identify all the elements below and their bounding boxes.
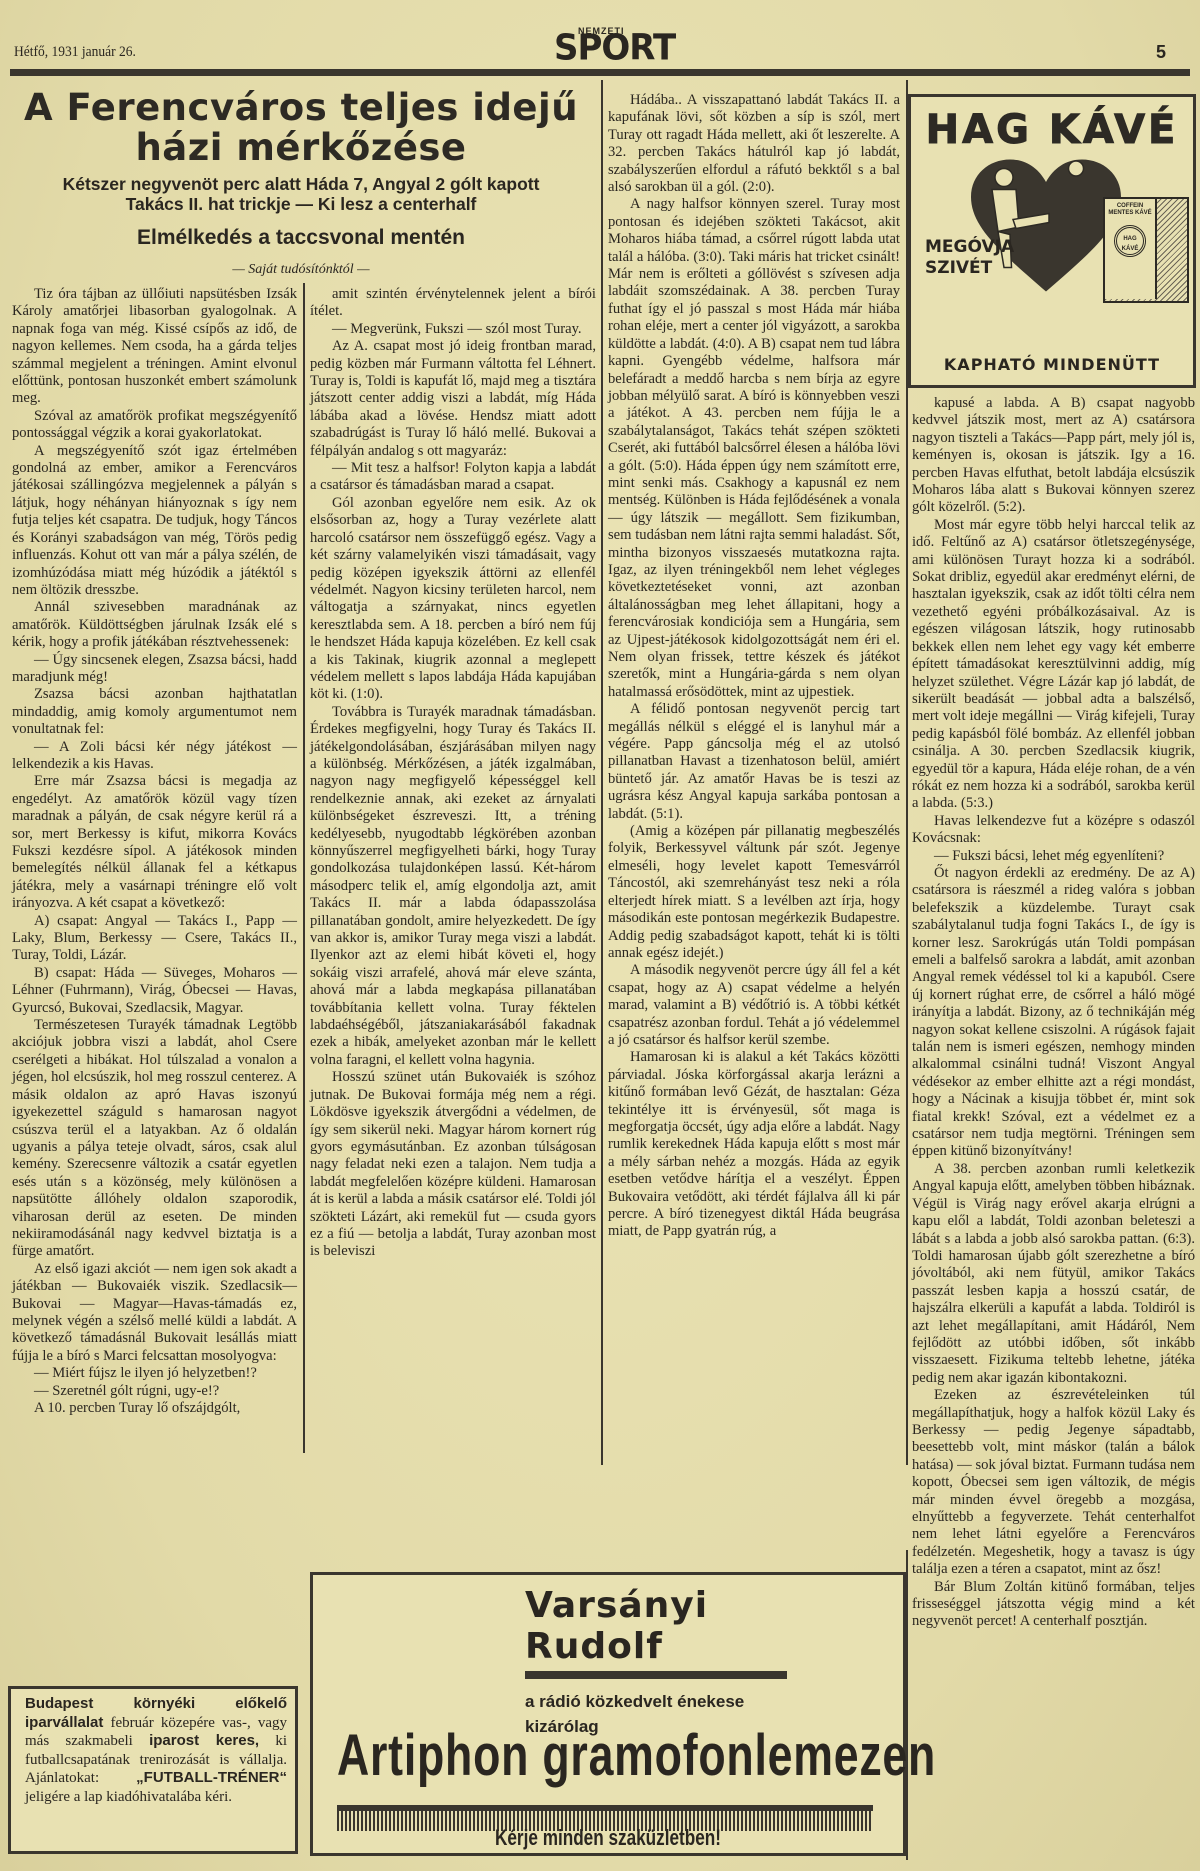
article-paragraph: — A Zoli bácsi kér négy játékost — lelke… — [12, 739, 297, 774]
subtitle-line-1: Kétszer negyvenöt perc alatt Háda 7, Ang… — [8, 174, 594, 194]
article-paragraph: — Megverünk, Fukszi — szól most Turay. — [310, 321, 596, 338]
article-paragraph: A 38. percben azonban rumli keletkezik A… — [912, 1161, 1195, 1387]
article-paragraph: — Úgy sincsenek elegen, Zsazsa bácsi, ha… — [12, 652, 297, 687]
job-ad-text: Budapest környéki előkelő iparvállalat f… — [11, 1689, 295, 1810]
article-paragraph: Ezeken az észrevételeinken túl megállapí… — [912, 1387, 1195, 1578]
article-headline: A Ferencváros teljes idejű házi mérkőzés… — [8, 88, 594, 278]
masthead-rule — [10, 69, 1190, 76]
headline-line-1: A Ferencváros teljes idejű — [8, 88, 594, 128]
logo-main-text: SPORT — [554, 27, 675, 69]
article-paragraph: Szóval az amatőrök profikat megszégyenít… — [12, 408, 297, 443]
hag-footer: KAPHATÓ MINDENÜTT — [911, 355, 1193, 374]
article-paragraph: amit szintén érvénytelennek jelent a bír… — [310, 286, 596, 321]
article-paragraph: Hamarosan ki is alakul a két Takács közö… — [608, 1049, 900, 1240]
article-paragraph: (Amig a középen pár pillanatig megbeszél… — [608, 823, 900, 962]
ad-footer: Kérje minden szaküzletben! — [378, 1825, 838, 1851]
article-paragraph: B) csapat: Háda — Süveges, Moharos — Léh… — [12, 965, 297, 1017]
underline-bar — [525, 1671, 787, 1679]
article-column-2: amit szintén érvénytelennek jelent a bír… — [310, 286, 596, 1261]
article-paragraph: A félidő pontosan negyvenöt percig tart … — [608, 701, 900, 823]
article-paragraph: Bár Blum Zoltán kitünő formában, teljes … — [912, 1579, 1195, 1631]
column-divider — [303, 283, 305, 1453]
article-paragraph: Havas lelkendezve fut a középre s odaszó… — [912, 813, 1195, 848]
nemzeti-sport-logo: NEMZETI SPORT — [548, 24, 658, 72]
singer-name: Varsányi Rudolf — [525, 1585, 787, 1667]
article-column-3: Hádába.. A visszapattanó labdát Takács I… — [608, 92, 900, 1241]
article-paragraph: A nagy halfsor könnyen szerel. Turay mos… — [608, 196, 900, 701]
article-paragraph: Most már egyre több helyi harccal telik … — [912, 517, 1195, 813]
article-paragraph: Az A. csapat most jó ideig frontban mara… — [310, 338, 596, 460]
masthead: Hétfő, 1931 január 26. NEMZETI SPORT 5 — [0, 0, 1200, 80]
article-paragraph: — Miért fújsz le ilyen jó helyzetben!? — [12, 1365, 297, 1382]
article-paragraph: Tiz óra tájban az üllőiuti napsütésben I… — [12, 286, 297, 408]
article-paragraph: A) csapat: Angyal — Takács I., Papp — La… — [12, 913, 297, 965]
byline: — Saját tudósítónktól — — [8, 262, 594, 278]
article-paragraph: A megszégyenítő szót igaz értelmében gon… — [12, 443, 297, 600]
article-paragraph: Hádába.. A visszapattanó labdát Takács I… — [608, 92, 900, 196]
subhead: Elmélkedés a taccsvonal mentén — [8, 226, 594, 250]
hag-slogan: MEGÓVJA SZIVÉT — [925, 237, 1014, 279]
article-column-1: Tiz óra tájban az üllőiuti napsütésben I… — [12, 286, 297, 1417]
headline-line-2: házi mérkőzése — [8, 128, 594, 168]
column-divider — [601, 80, 603, 1465]
article-column-4: kapusé a labda. A B) csapat nagyobb kedv… — [912, 395, 1195, 1631]
article-paragraph: — Szeretnél gólt rúgni, ugy-e!? — [12, 1383, 297, 1400]
article-paragraph: — Fukszi bácsi, lehet még egyenlíteni? — [912, 848, 1195, 865]
page-number: 5 — [1156, 42, 1166, 63]
column-divider — [906, 1550, 908, 1860]
article-paragraph: Természetesen Turayék támadnak Legtöbb a… — [12, 1017, 297, 1261]
article-paragraph: Hosszú szünet után Bukovaiék is szóhoz j… — [310, 1069, 596, 1260]
artiphon-ad: Varsányi Rudolf a rádió közkedvelt éneke… — [310, 1572, 906, 1856]
artiphon-headline: Artiphon gramofonlemezen — [337, 1725, 753, 1787]
coffee-package-icon: COFFEIN MENTES KÁVÉ HAG KÁVÉ — [1103, 197, 1189, 303]
issue-date: Hétfő, 1931 január 26. — [14, 44, 136, 61]
subtitle-line-2: Takács II. hat trickje — Ki lesz a cente… — [8, 194, 594, 214]
ad-subline-1: a rádió közkedvelt énekese — [525, 1689, 787, 1714]
hag-brand: HAG KÁVÉ — [911, 107, 1193, 153]
article-paragraph: Erre már Zsazsa bácsi is megadja az enge… — [12, 773, 297, 912]
article-paragraph: A második negyvenöt percre úgy áll fel a… — [608, 962, 900, 1049]
article-paragraph: Annál szivesebben maradnának az amatőrök… — [12, 599, 297, 651]
article-paragraph: Az első igazi akciót — nem igen sok akad… — [12, 1261, 297, 1365]
article-paragraph: Őt nagyon érdekli az eredmény. De az A) … — [912, 865, 1195, 1161]
job-ad: Budapest környéki előkelő iparvállalat f… — [8, 1686, 298, 1854]
article-paragraph: — Mit tesz a halfsor! Folyton kapja a la… — [310, 460, 596, 495]
newspaper-page: Hétfő, 1931 január 26. NEMZETI SPORT 5 A… — [0, 0, 1200, 1871]
article-paragraph: Zsazsa bácsi azonban hajthatatlan mindad… — [12, 686, 297, 738]
hag-kave-ad: HAG KÁVÉ MEGÓVJA SZIVÉT COFFEIN MENTES K… — [908, 94, 1196, 388]
article-paragraph: Továbbra is Turayék maradnak támadásban.… — [310, 704, 596, 1070]
article-paragraph: Gól azonban egyelőre nem esik. Az ok els… — [310, 495, 596, 704]
article-paragraph: A 10. percben Turay lő ofszájdgólt, — [12, 1400, 297, 1417]
article-paragraph: kapusé a labda. A B) csapat nagyobb kedv… — [912, 395, 1195, 517]
